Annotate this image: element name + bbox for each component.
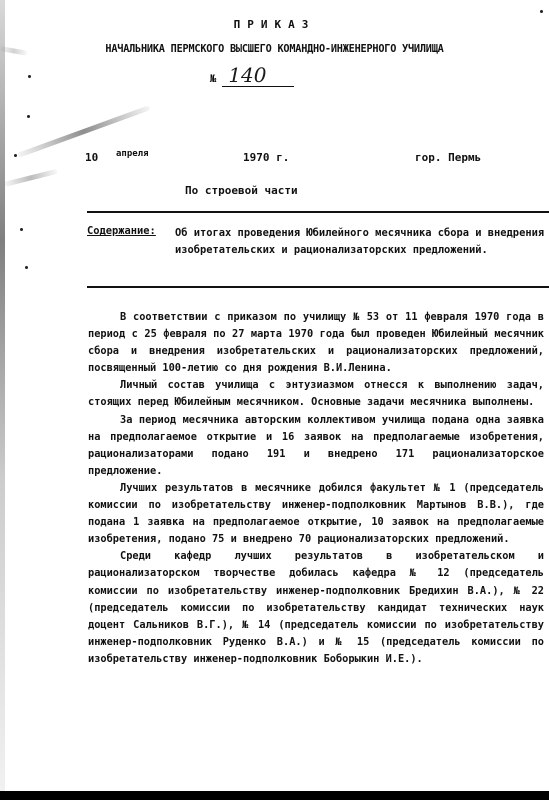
scan-speck	[28, 75, 31, 78]
scan-speck	[20, 228, 23, 231]
paragraph: Среди кафедр лучших результатов в изобре…	[88, 548, 544, 668]
document-issuer: НАЧАЛЬНИКА ПЕРМСКОГО ВЫСШЕГО КОМАНДНО-ИН…	[0, 44, 549, 55]
scan-bottom-border	[0, 791, 549, 800]
date-day: 10	[85, 151, 98, 164]
paragraph: Лучших результатов в месячнике добился ф…	[88, 480, 544, 548]
document-title: ПРИКАЗ	[0, 18, 549, 31]
scan-speck	[25, 266, 28, 269]
scanned-document-page: ПРИКАЗ НАЧАЛЬНИКА ПЕРМСКОГО ВЫСШЕГО КОМА…	[0, 0, 549, 800]
date-year: 1970 г.	[243, 151, 289, 164]
order-body: В соответствии с приказом по училищу № 5…	[88, 309, 544, 668]
scan-speck	[14, 154, 17, 157]
city: гор. Пермь	[415, 151, 481, 164]
number-value: 140	[222, 64, 294, 87]
paragraph: За период месячника авторским коллективо…	[88, 412, 544, 480]
divider	[87, 211, 549, 213]
scan-artifact-streak	[3, 169, 58, 187]
number-label: №	[210, 73, 216, 85]
scan-speck	[540, 10, 543, 13]
paragraph: Личный состав училища с энтузиазмом отне…	[88, 377, 544, 411]
date-month: апреля	[116, 149, 149, 159]
scan-edge-shadow	[0, 0, 5, 800]
order-number: №140	[210, 64, 294, 87]
scan-speck	[27, 115, 30, 118]
content-label: Содержание:	[87, 225, 156, 237]
paragraph: В соответствии с приказом по училищу № 5…	[88, 309, 544, 377]
content-summary: Об итогах проведения Юбилейного месячник…	[175, 225, 545, 259]
divider	[87, 286, 549, 288]
department: По строевой части	[185, 184, 298, 197]
